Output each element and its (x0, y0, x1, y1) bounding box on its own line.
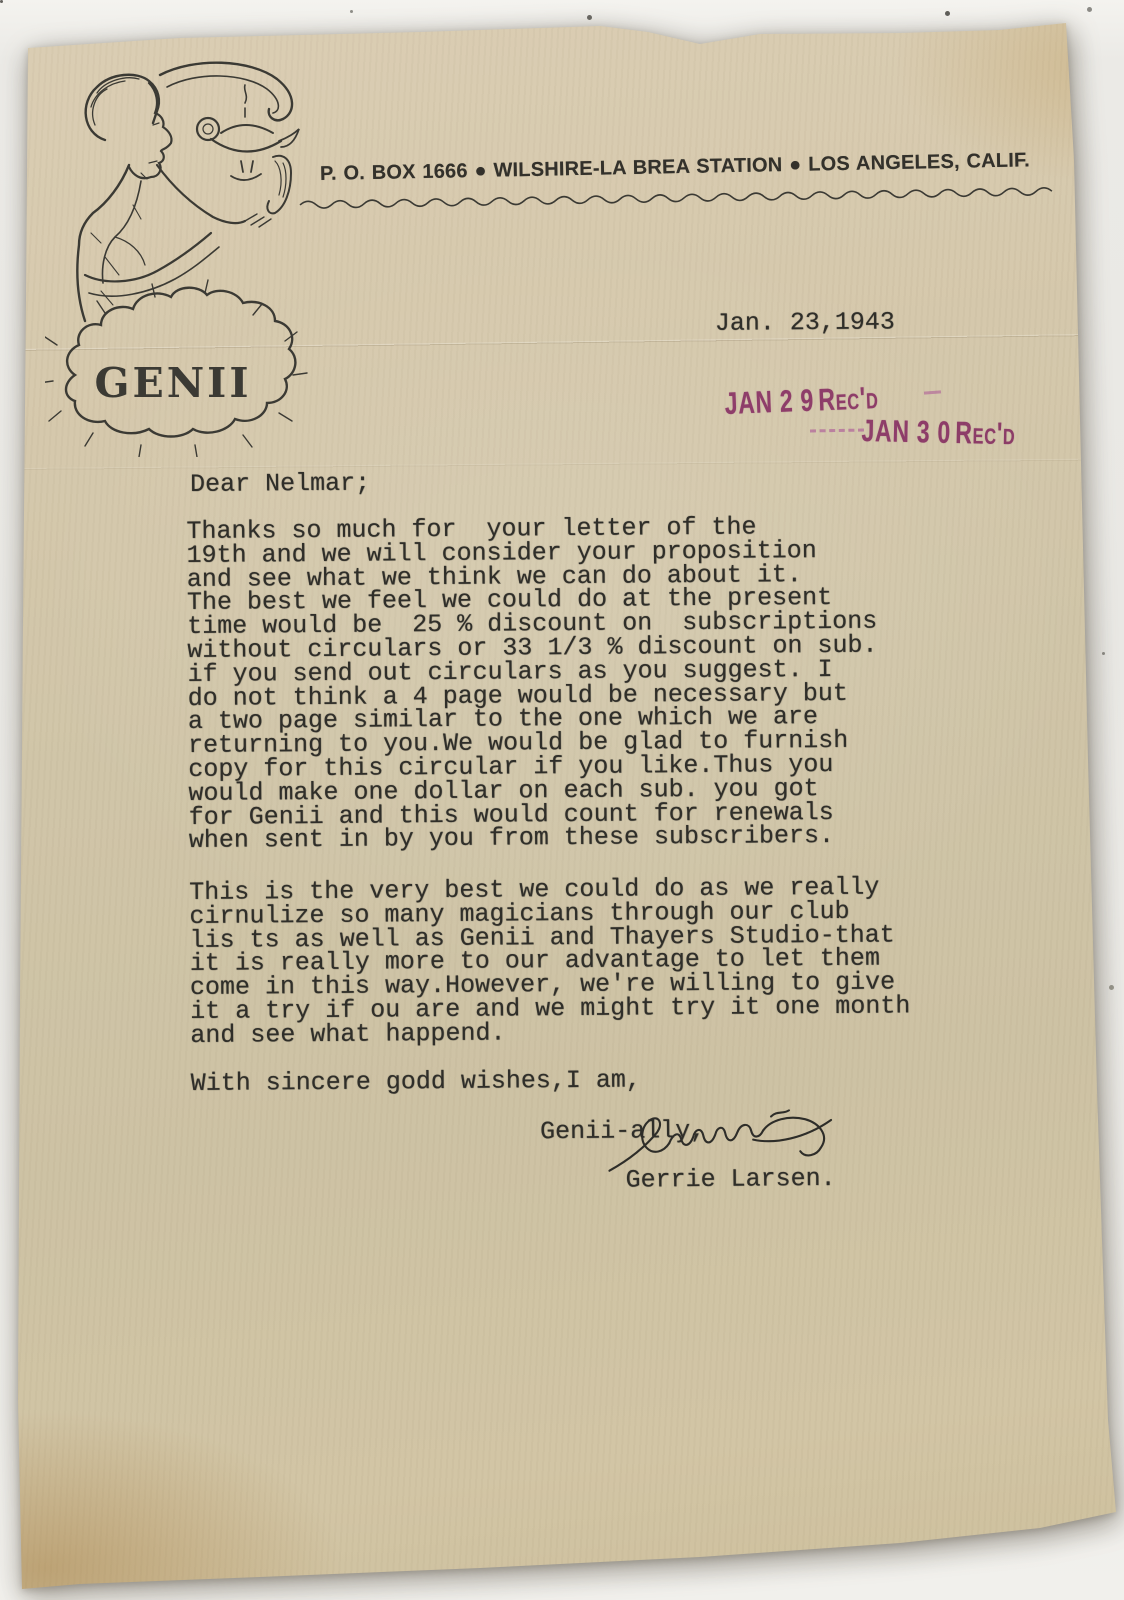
letter-paragraph: This is the very best we could do as we … (189, 875, 910, 1047)
date-line: Jan. 23,1943 (715, 310, 895, 335)
salutation: Dear Nelmar; (190, 472, 370, 497)
paper-shadow: GENII P. O. BOX 1666 ● WILSHIRE-LA BREA … (0, 0, 1124, 1600)
typewritten-content: Jan. 23,1943 Dear Nelmar; Thanks so much… (0, 0, 1124, 1600)
closing-line: With sincere godd wishes,I am, (191, 1068, 641, 1095)
typed-signature-name: Gerrie Larsen. (625, 1167, 835, 1192)
letter-paragraph: Thanks so much for your letter of the 19… (186, 515, 879, 854)
letter-paper: GENII P. O. BOX 1666 ● WILSHIRE-LA BREA … (0, 0, 1124, 1600)
photo-of-letter: GENII P. O. BOX 1666 ● WILSHIRE-LA BREA … (0, 0, 1124, 1600)
